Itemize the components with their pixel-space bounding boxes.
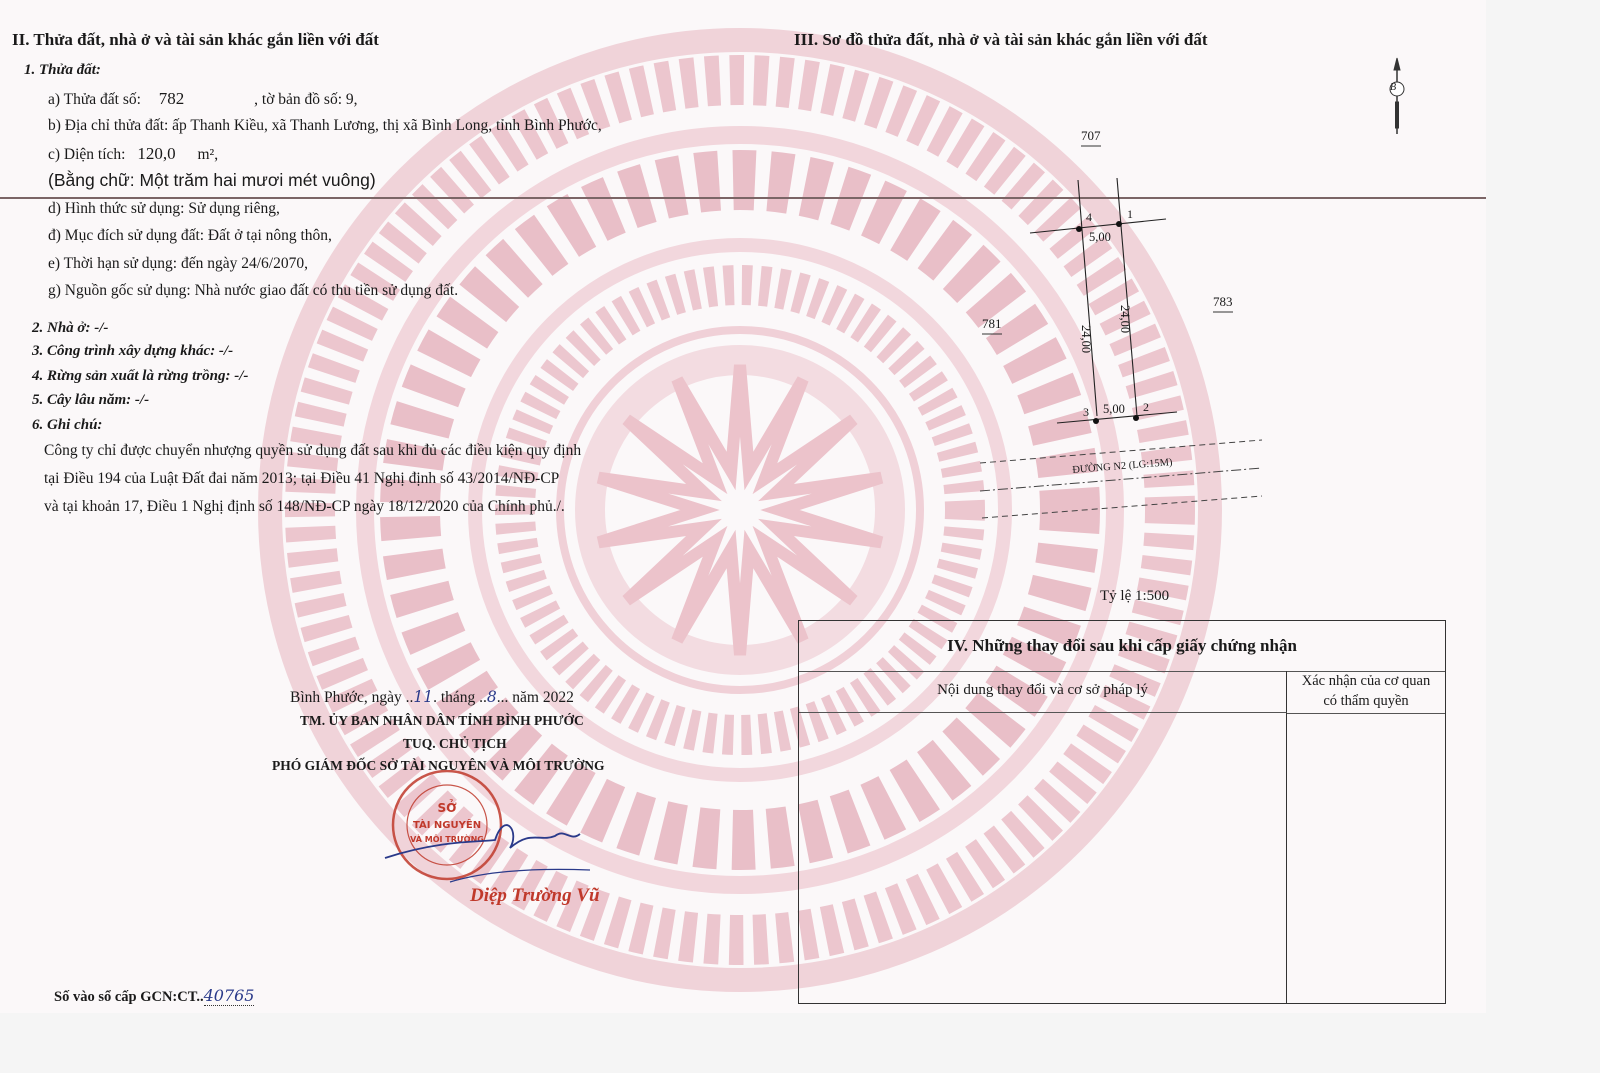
- edge-length-top: 5,00: [1089, 230, 1111, 245]
- neighbor-parcel-left: 781: [982, 316, 1002, 332]
- usage-form: d) Hình thức sử dụng: Sử dụng riêng,: [48, 200, 280, 218]
- corner-label: 3: [1083, 405, 1089, 420]
- signatory-line-1: TM. ỦY BAN NHÂN DÂN TỈNH BÌNH PHƯỚC: [300, 713, 584, 729]
- parcel-label: a) Thửa đất số:: [48, 91, 141, 108]
- area-value: 120,0: [137, 144, 175, 163]
- registry-number: Số vào sổ cấp GCN:CT..40765: [54, 986, 254, 1006]
- neighbor-parcel-top: 707: [1081, 128, 1101, 144]
- svg-text:SỞ: SỞ: [437, 799, 457, 815]
- handwritten-registry-number: 40765: [204, 986, 255, 1006]
- place-date: Bình Phước, ngày ..11. tháng ..8... năm …: [290, 688, 574, 707]
- road-label: ĐƯỜNG N2 (LG:15M): [1072, 457, 1173, 476]
- signatory-line-2: TUQ. CHỦ TỊCH: [403, 736, 507, 752]
- column-header-confirmation: Xác nhận của cơ quan có thẩm quyền: [1287, 671, 1445, 714]
- handwritten-day: 11: [413, 688, 433, 706]
- neighbor-parcel-right: 783: [1213, 294, 1233, 310]
- corner-label: 1: [1127, 207, 1133, 222]
- edge-length-right: 24,00: [1117, 305, 1132, 333]
- land-heading: 1. Thửa đất:: [24, 62, 101, 79]
- certificate-page: II. Thửa đất, nhà ở và tài sản khác gắn …: [0, 0, 1486, 1013]
- area-label: c) Diện tích:: [48, 146, 125, 163]
- map-sheet: , tờ bản đồ số: 9,: [254, 91, 357, 108]
- notes-line: tại Điều 194 của Luật Đất đai năm 2013; …: [44, 470, 559, 488]
- svg-text:TÀI NGUYÊN: TÀI NGUYÊN: [413, 818, 481, 831]
- column-header-changes: Nội dung thay đổi và cơ sở pháp lý: [799, 671, 1287, 713]
- usage-term: e) Thời hạn sử dụng: đến ngày 24/6/2070,: [48, 255, 308, 273]
- signer-name: Diệp Trường Vũ: [470, 885, 600, 907]
- parcel-number: 782: [159, 89, 185, 108]
- notes-line: và tại khoản 17, Điều 1 Nghị định số 148…: [44, 498, 565, 516]
- area-words: (Bằng chữ: Một trăm hai mươi mét vuông): [48, 170, 376, 191]
- handwritten-month: 8: [487, 688, 497, 706]
- edge-length-left: 24,00: [1078, 325, 1093, 353]
- north-symbol: B: [1390, 82, 1396, 93]
- changes-cell: [799, 713, 1287, 1003]
- other-construction: 3. Công trình xây dựng khác: -/-: [32, 343, 233, 360]
- confirmation-cell: [1287, 713, 1445, 1003]
- scale-label: Tỷ lệ 1:500: [1100, 588, 1169, 605]
- horizontal-divider: [0, 197, 1486, 199]
- address: b) Địa chỉ thửa đất: ấp Thanh Kiều, xã T…: [48, 117, 602, 135]
- area-unit: m²,: [197, 146, 218, 163]
- section-4-title: IV. Những thay đổi sau khi cấp giấy chứn…: [799, 621, 1445, 672]
- notes-line: Công ty chỉ được chuyển nhượng quyền sử …: [44, 442, 581, 460]
- north-arrow-icon: [1390, 58, 1404, 134]
- usage-purpose: đ) Mục đích sử dụng đất: Đất ở tại nông …: [48, 227, 332, 245]
- section-3-title: III. Sơ đồ thửa đất, nhà ở và tài sản kh…: [794, 30, 1208, 50]
- changes-table: IV. Những thay đổi sau khi cấp giấy chứn…: [798, 620, 1446, 1004]
- usage-origin: g) Nguồn gốc sử dụng: Nhà nước giao đất …: [48, 282, 458, 300]
- edge-length-bottom: 5,00: [1103, 402, 1125, 417]
- section-2-title: II. Thửa đất, nhà ở và tài sản khác gắn …: [12, 30, 379, 50]
- corner-label: 4: [1086, 210, 1092, 225]
- house: 2. Nhà ở: -/-: [32, 320, 108, 337]
- forest: 4. Rừng sản xuất là rừng trồng: -/-: [32, 368, 248, 385]
- area-row: c) Diện tích: 120,0 m²,: [48, 144, 218, 164]
- corner-label: 2: [1143, 400, 1149, 415]
- parcel-row: a) Thửa đất số: 782 , tờ bản đồ số: 9,: [48, 89, 358, 109]
- perennial: 5. Cây lâu năm: -/-: [32, 392, 149, 409]
- notes-heading: 6. Ghi chú:: [32, 417, 102, 434]
